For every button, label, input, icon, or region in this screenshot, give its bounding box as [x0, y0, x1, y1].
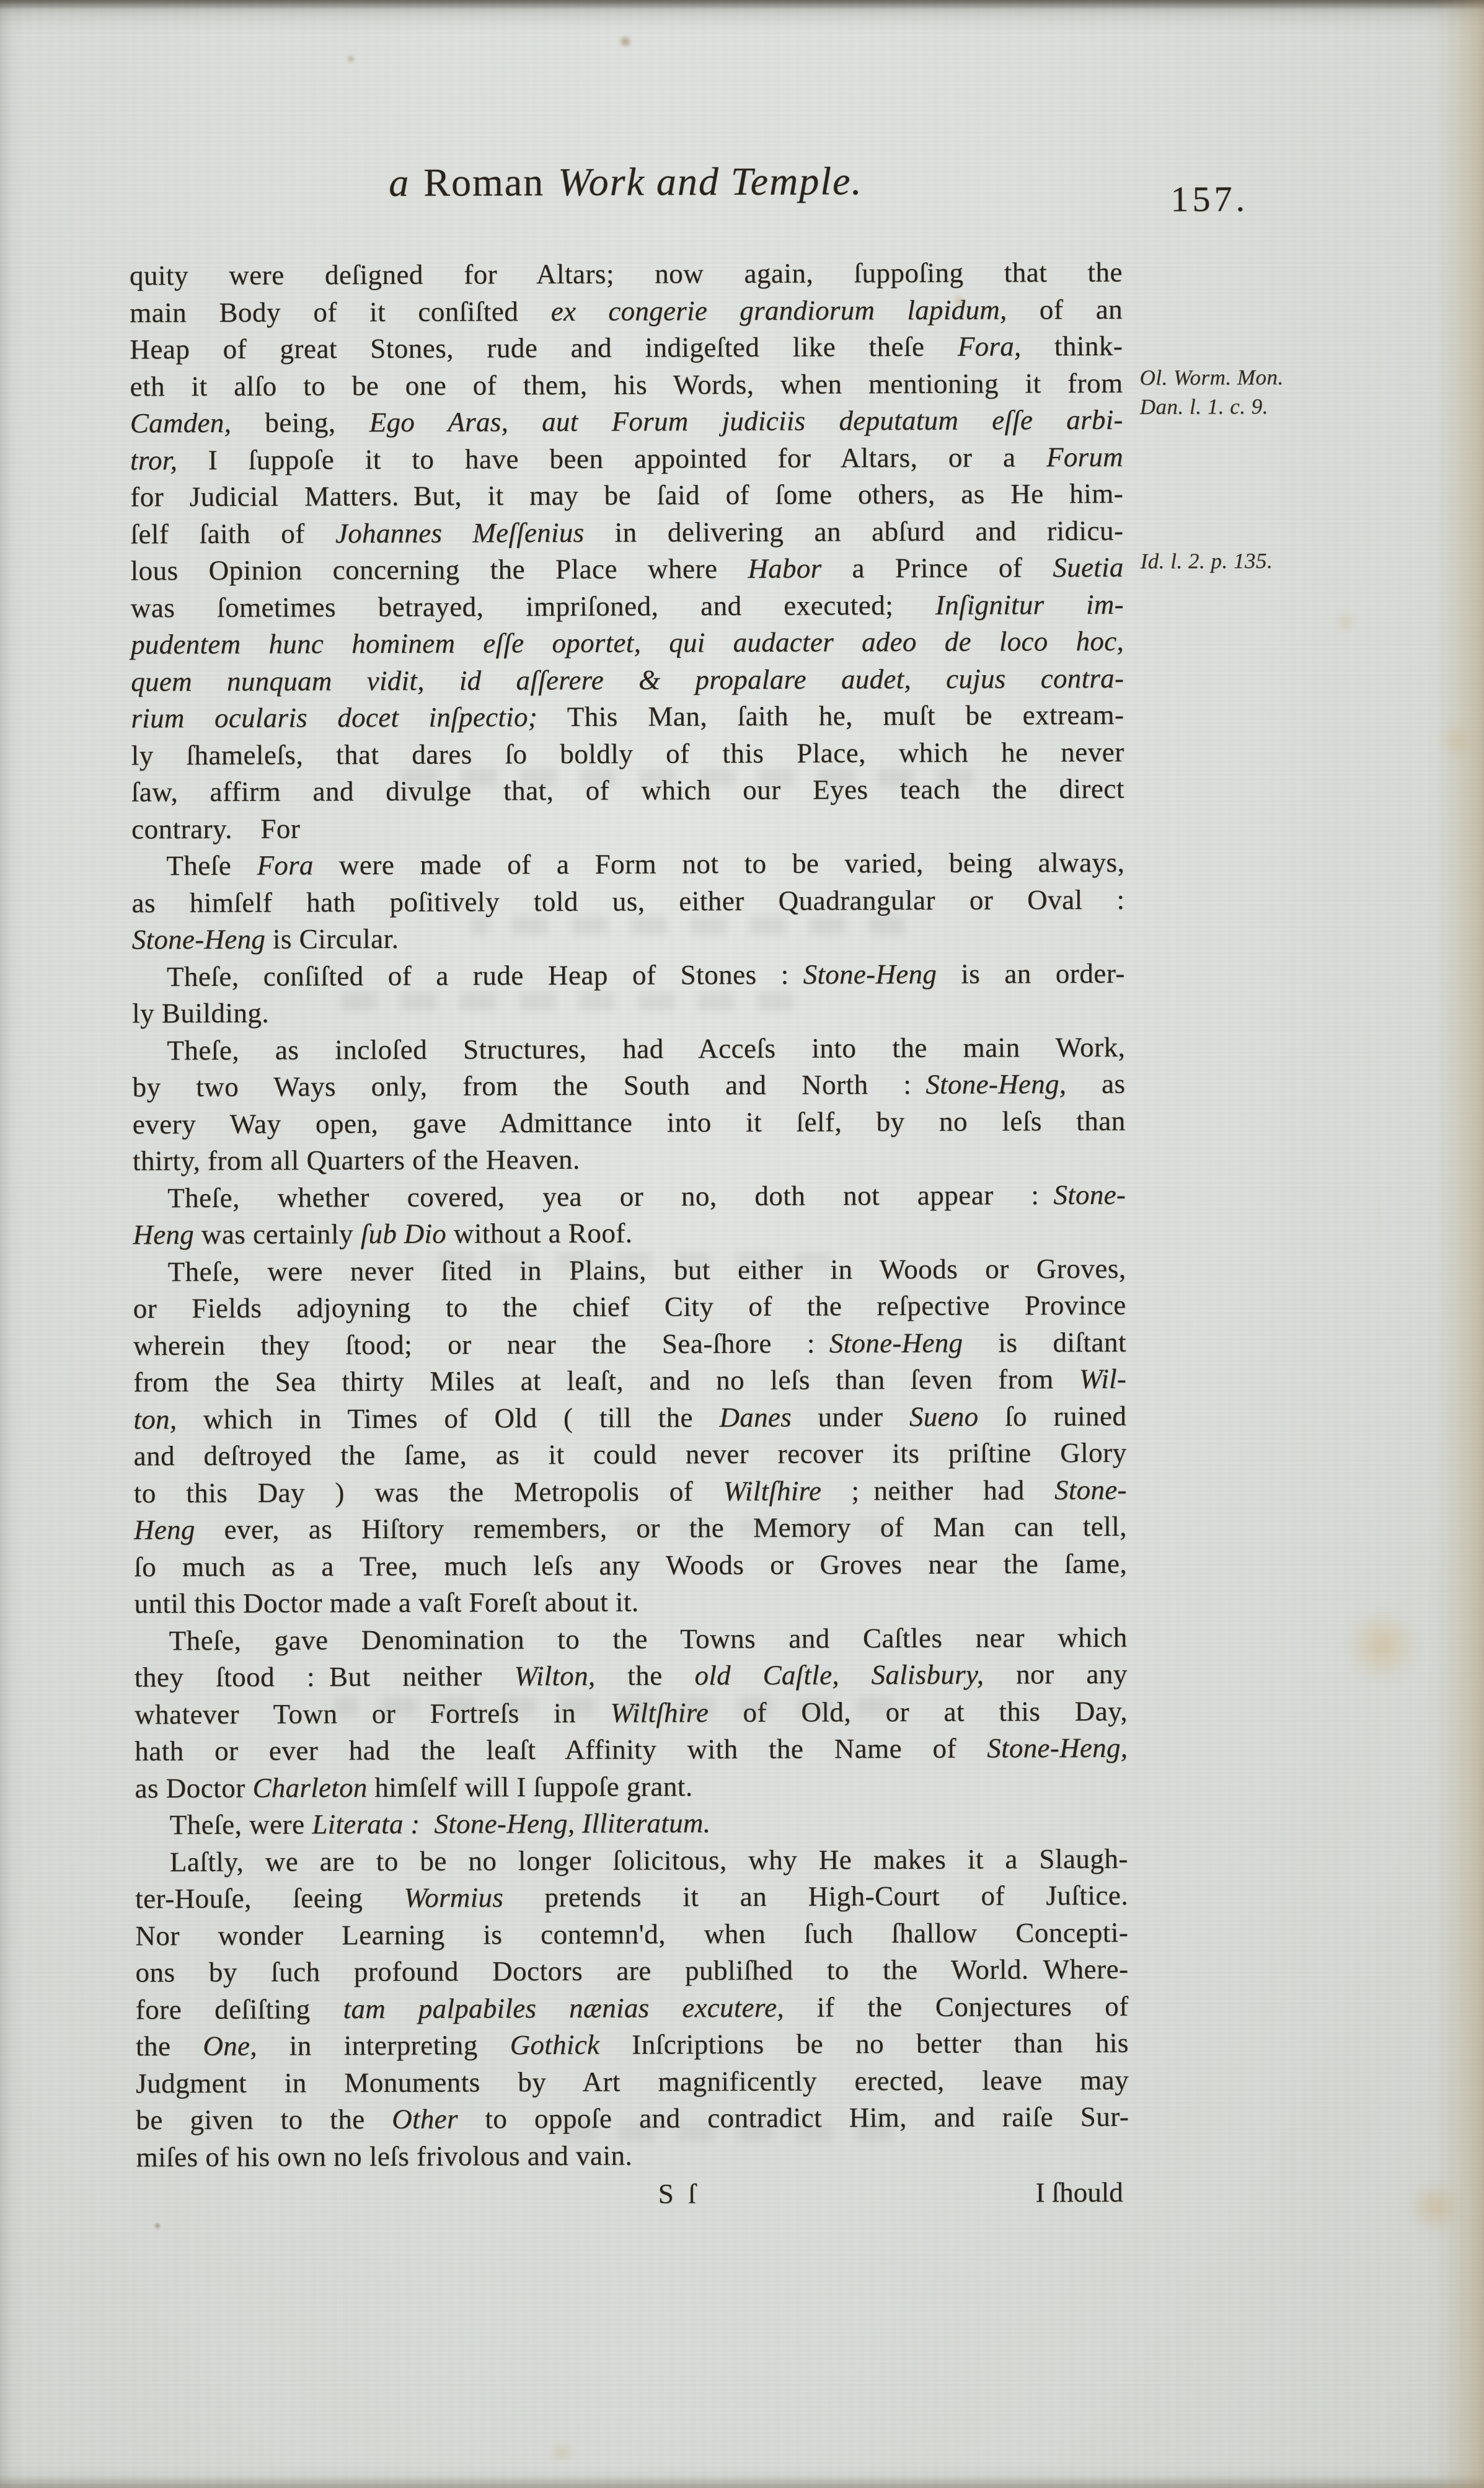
- margin-note-citation: Id. l. 2. p. 135.: [1140, 546, 1345, 576]
- text-line: wherein they ſtood; or near the Sea-ſhor…: [133, 1324, 1126, 1364]
- text-line: or Fields adjoyning to the chief City of…: [133, 1287, 1126, 1327]
- text-line: as himſelf hath poſitively told us, eith…: [131, 881, 1124, 921]
- text-line: Nor wonder Learning is contemn'd, when ſ…: [135, 1914, 1128, 1954]
- text-line: Camden, being, Ego Aras, aut Forum judic…: [130, 402, 1123, 442]
- margin-note-line: Id. l. 2. p. 135.: [1140, 546, 1345, 576]
- text-line: ly ſhameleſs, that dares ſo boldly of th…: [131, 733, 1124, 774]
- margin-note-line: Dan. l. 1. c. 9.: [1140, 392, 1345, 422]
- text-line: quem nunquam vidit, id aſſerere & propal…: [131, 660, 1124, 700]
- scan-edge-bottom: [0, 2476, 1484, 2488]
- header-title-italic: Work and Temple.: [558, 159, 863, 204]
- verso-showthrough: [335, 1698, 893, 1716]
- text-line: until this Doctor made a vaſt Foreſt abo…: [134, 1582, 1127, 1623]
- text-line: Theſe, gave Denomination to the Towns an…: [135, 1619, 1128, 1659]
- text-line: every Way open, gave Admittance into it …: [133, 1102, 1126, 1143]
- text-line: miſes of his own no leſs frivolous and v…: [136, 2135, 1129, 2176]
- text-line: ſo much as a Tree, much leſs any Woods o…: [134, 1545, 1127, 1585]
- verso-showthrough: [409, 1252, 831, 1271]
- text-line: to this Day ) was the Metropolis of Wilt…: [134, 1471, 1127, 1512]
- verso-showthrough: [471, 916, 905, 935]
- text-line: and deſtroyed the ſame, as it could neve…: [133, 1435, 1126, 1475]
- text-line: Heng was certainly ſub Dio without a Roo…: [133, 1213, 1126, 1254]
- text-line: thirty, from all Quarters of the Heaven.: [133, 1140, 1126, 1180]
- text-line: Theſe, were Literata : Stone-Heng, Illit…: [135, 1804, 1128, 1844]
- text-line: pudentem hunc hominem eſſe oportet, qui …: [131, 623, 1124, 663]
- text-line: Theſe, conſiſted of a rude Heap of Stone…: [132, 955, 1125, 995]
- running-header: aRomanWork and Temple.: [129, 157, 1122, 207]
- margin-note-line: Ol. Worm. Mon.: [1139, 363, 1344, 392]
- header-word-a: a: [389, 161, 410, 205]
- text-line: was ſometimes betrayed, impriſoned, and …: [131, 586, 1124, 626]
- text-line: tror, I ſuppoſe it to have been appointe…: [130, 438, 1123, 479]
- text-line: eth it alſo to be one of them, his Words…: [130, 365, 1123, 405]
- signature-mark: S ſ: [658, 2177, 700, 2210]
- verso-showthrough: [384, 1519, 893, 1538]
- text-line: by two Ways only, from the South and Nor…: [132, 1066, 1125, 1106]
- page-content: aRomanWork and Temple. 157. quity were d…: [0, 0, 1484, 2488]
- text-line: for Judicial Matters. But, it may be ſai…: [130, 476, 1123, 516]
- verso-showthrough: [384, 769, 973, 787]
- text-line: contrary. For: [131, 807, 1124, 848]
- text-line: as Doctor Charleton himſelf will I ſuppo…: [135, 1766, 1128, 1807]
- book-page-scan: aRomanWork and Temple. 157. quity were d…: [0, 0, 1484, 2488]
- text-line: fore deſiſting tam palpabiles nænias exc…: [136, 1988, 1129, 2028]
- text-line: ton, which in Times of Old ( till the Da…: [133, 1397, 1126, 1438]
- text-line: ſelf ſaith of Johannes Meſſenius in deli…: [130, 512, 1123, 552]
- verso-showthrough: [545, 2123, 893, 2141]
- text-line: Theſe Fora were made of a Form not to be…: [131, 844, 1124, 885]
- text-line: ter-Houſe, ſeeing Wormius pretends it an…: [135, 1877, 1128, 1918]
- text-line: Theſe, as incloſed Structures, had Acceſ…: [132, 1029, 1125, 1069]
- text-line: quity were deſigned for Altars; now agai…: [130, 254, 1123, 294]
- text-line: the One, in interpreting Gothick Inſcrip…: [136, 2025, 1129, 2065]
- text-line: hath or ever had the leaſt Affinity with…: [135, 1730, 1128, 1770]
- scan-edge-top: [0, 0, 1484, 10]
- text-line: ons by ſuch profound Doctors are publiſh…: [135, 1951, 1128, 1991]
- text-line: Laſtly, we are to be no longer ſolicitou…: [135, 1840, 1128, 1880]
- body-text: quity were deſigned for Altars; now agai…: [130, 254, 1129, 2176]
- text-line: Theſe, whether covered, yea or no, doth …: [133, 1176, 1126, 1216]
- verso-showthrough: [322, 992, 793, 1011]
- text-line: main Body of it conſiſted ex congerie gr…: [130, 291, 1123, 331]
- page-number: 157.: [1170, 178, 1248, 219]
- text-line: lous Opinion concerning the Place where …: [131, 549, 1124, 590]
- text-line: Judgment in Monuments by Art magnificent…: [136, 2061, 1129, 2102]
- scan-edge-right: [1434, 0, 1484, 2488]
- text-line: rium ocularis docet inſpectio; This Man,…: [131, 697, 1124, 737]
- margin-note-citation: Ol. Worm. Mon.Dan. l. 1. c. 9.: [1139, 363, 1344, 422]
- text-line: they ſtood : But neither Wilton, the old…: [135, 1656, 1128, 1696]
- text-line: Heap of great Stones, rude and indigeſte…: [130, 328, 1123, 368]
- catchword: I ſhould: [1035, 2176, 1123, 2208]
- text-line: from the Sea thirty Miles at leaſt, and …: [133, 1361, 1126, 1401]
- page-footer: S ſ I ſhould: [136, 2176, 1129, 2218]
- header-word-roman: Roman: [423, 160, 544, 205]
